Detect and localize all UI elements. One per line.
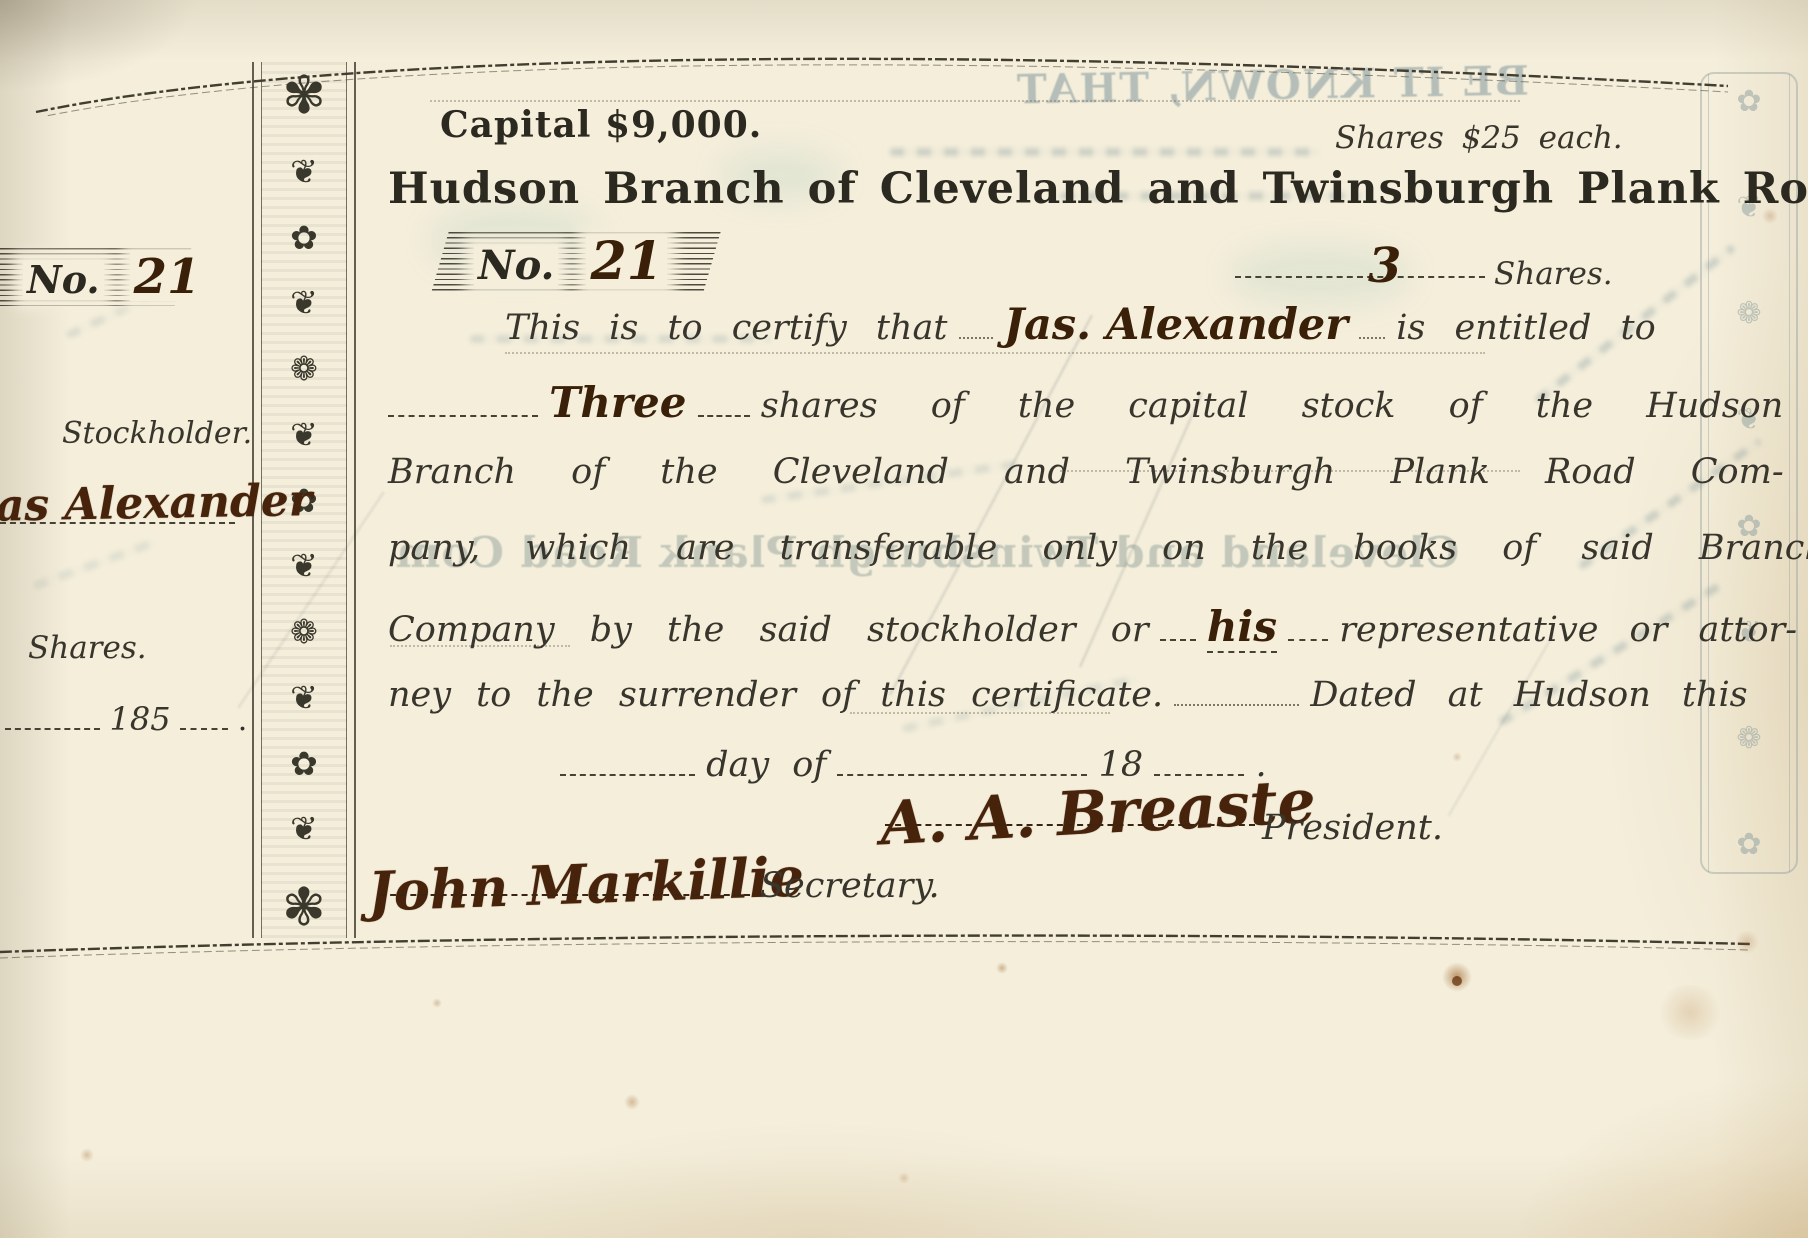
- secretary-label: Secretary.: [760, 866, 940, 906]
- foxing-spot: [1452, 976, 1462, 986]
- president-signature-underline: [885, 810, 1255, 826]
- dotted-guide-line: [430, 100, 1520, 102]
- blank-fill: [837, 744, 1087, 776]
- body-line-5: Company by the said stockholder or his r…: [388, 602, 1797, 651]
- ghost-floral-ornament-icon: ✿: [1736, 827, 1761, 862]
- foxing-spot: [1452, 752, 1462, 762]
- body-l2: shares of the capital stock of the Hudso…: [761, 386, 1784, 426]
- stub-year-value: 185: [110, 700, 171, 738]
- floral-ornament-icon: ❦: [290, 681, 318, 714]
- body-line-1: This is to certify that Jas. Alexander i…: [505, 300, 1656, 350]
- stub-stockholder-label: Stockholder.: [62, 416, 252, 451]
- secretary-signature-underline: [380, 880, 750, 896]
- stub-no-label: No.: [23, 261, 104, 299]
- foxing-spot: [1735, 930, 1759, 954]
- floral-ornament-icon: ❁: [290, 615, 318, 648]
- foxing-spot: [80, 1148, 94, 1162]
- floral-bottom-ornament-icon: ✾: [282, 878, 326, 930]
- floral-ornament-icon: ✿: [290, 747, 318, 780]
- blank-fill: [959, 307, 993, 339]
- certificate-number-value: 21: [586, 236, 666, 288]
- shares-written: Three: [549, 378, 686, 427]
- floral-ornament-icon: ❦: [290, 155, 318, 188]
- blank-fill: [560, 744, 695, 776]
- dotted-guide-line: [505, 352, 1485, 354]
- ghost-floral-ornament-icon: ❁: [1736, 296, 1761, 331]
- blank-fill: [388, 385, 538, 417]
- stub-number-value: 21: [130, 253, 205, 301]
- floral-ornament-icon: ❦: [290, 549, 318, 582]
- pencil-mark: [1448, 634, 1555, 817]
- shares-each-label: Shares $25 each.: [1335, 120, 1623, 156]
- stub-number-banner: No. 21: [0, 248, 191, 306]
- body-l6b: Dated at Hudson this: [1310, 675, 1747, 715]
- body-l1b: is entitled to: [1396, 308, 1655, 348]
- blank-fill: [1174, 674, 1299, 706]
- blank-fill: [698, 385, 750, 417]
- ghost-floral-ornament-icon: ❁: [1736, 721, 1761, 756]
- certificate-title: Hudson Branch of Cleveland and Twinsburg…: [388, 164, 1628, 214]
- floral-ornament-icon: ✿: [290, 221, 318, 254]
- body-l6a: ney to the surrender of this certificate…: [388, 675, 1163, 715]
- capital-label: Capital $9,000.: [440, 104, 762, 146]
- ghost-writing-mark: [890, 148, 1320, 156]
- floral-ornament-icon: ❦: [290, 418, 318, 451]
- ghost-writing-mark: [33, 538, 158, 590]
- body-line-4: pany, which are transferable only on the…: [388, 528, 1808, 568]
- stub-year-fill: [180, 703, 228, 731]
- blank-fill: [1359, 307, 1385, 339]
- shares-word: Shares.: [1494, 256, 1613, 292]
- body-l7a: day of: [706, 745, 826, 785]
- stub-year-line: 185 .: [5, 700, 247, 738]
- stub-year-period: .: [238, 703, 248, 738]
- floral-top-ornament-icon: ✾: [282, 70, 326, 122]
- body-l1a: This is to certify that: [505, 308, 947, 348]
- body-l5a: Company by the said stockholder or: [388, 610, 1149, 650]
- stub-year-fill: [5, 703, 100, 731]
- blank-fill: [1288, 609, 1328, 641]
- shares-number-value: 3: [1368, 238, 1401, 294]
- foxing-spot: [996, 962, 1008, 974]
- stub-name-underline: [0, 508, 235, 524]
- stock-certificate-scan: BE IT KNOWN, THAT Cleveland and Twinsbur…: [0, 0, 1808, 1238]
- body-line-3: Branch of the Cleveland and Twinsburgh P…: [388, 452, 1784, 492]
- shares-number-line: [1235, 262, 1485, 278]
- foxing-spot: [624, 1094, 640, 1110]
- foxing-spot: [1655, 985, 1725, 1040]
- certificate-no-label: No.: [474, 246, 558, 286]
- body-line-6: ney to the surrender of this certificate…: [388, 674, 1748, 715]
- blank-fill: [1160, 609, 1196, 641]
- stub-shares-label: Shares.: [28, 630, 147, 666]
- certificate-number-banner: No. 21: [431, 232, 720, 292]
- pronoun-his: his: [1207, 602, 1277, 653]
- president-label: President.: [1262, 808, 1443, 848]
- floral-ornament-icon: ❁: [290, 352, 318, 385]
- floral-ornament-icon: ❦: [290, 812, 318, 845]
- foxing-spot: [432, 998, 442, 1008]
- holder-name: Jas. Alexander: [1004, 300, 1348, 350]
- floral-ornament-icon: ❦: [290, 286, 318, 319]
- body-line-2: Three shares of the capital stock of the…: [388, 378, 1783, 427]
- foxing-spot: [898, 1172, 910, 1184]
- body-l5b: representative or attor-: [1339, 610, 1797, 650]
- foxing-spot: [1762, 208, 1778, 224]
